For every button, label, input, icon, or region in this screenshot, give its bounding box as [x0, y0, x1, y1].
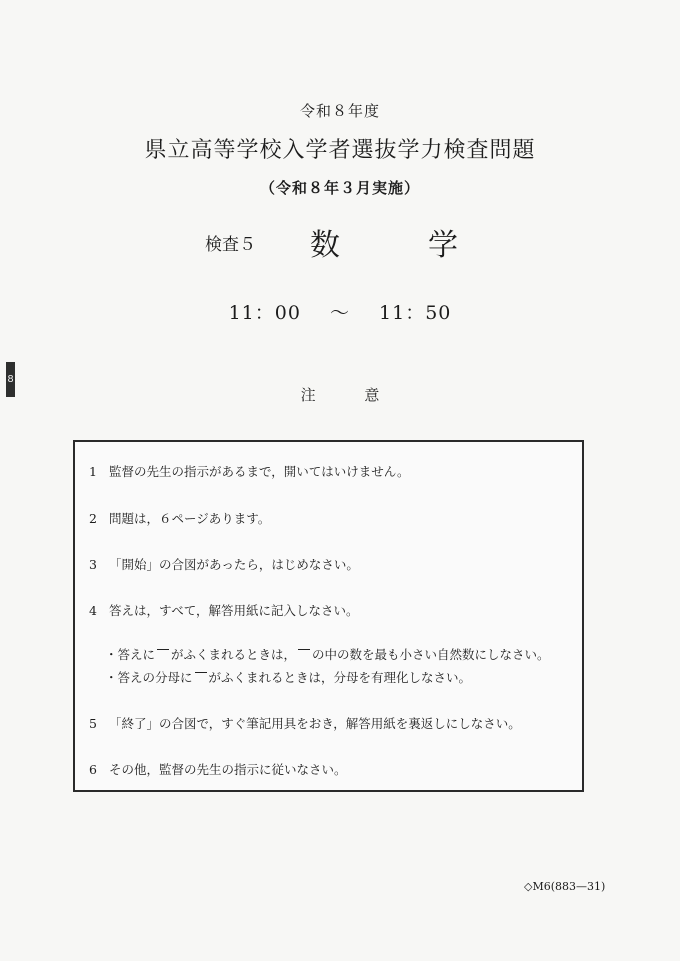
item-text: 答えは，すべて，解答用紙に記入しなさい。	[109, 603, 359, 618]
sqrt-icon	[157, 649, 169, 662]
notice-heading-char-1: 注	[301, 386, 316, 404]
notice-heading: 注 意	[0, 384, 680, 405]
document-code: ◇M6(883—31)	[524, 880, 605, 893]
sqrt-icon	[298, 649, 310, 662]
item-number: 5	[89, 716, 109, 731]
item-number: 3	[89, 557, 109, 572]
exam-date: （令和８年３月実施）	[0, 177, 680, 198]
page-title: 県立高等学校入学者選抜学力検査問題	[0, 133, 680, 164]
sub-text: の中の数を最も小さい自然数にしなさい。	[312, 647, 550, 662]
time-separator: ～	[330, 298, 350, 325]
notice-item: 3「開始」の合図があったら，はじめなさい。	[89, 555, 359, 573]
sub-text: ・答えに	[105, 647, 155, 662]
item-text: 「終了」の合図で，すぐ筆記用具をおき，解答用紙を裏返しにしなさい。	[109, 716, 521, 731]
item-number: 1	[89, 464, 109, 479]
item-text: その他，監督の先生の指示に従いなさい。	[109, 762, 347, 777]
item-number: 2	[89, 511, 109, 526]
notice-item: 6その他，監督の先生の指示に従いなさい。	[89, 760, 347, 778]
exam-year: 令和８年度	[0, 100, 680, 121]
sqrt-icon	[195, 672, 207, 685]
notice-sub-item: ・答えにがふくまれるときは，の中の数を最も小さい自然数にしなさい。	[105, 645, 550, 663]
item-text: 「開始」の合図があったら，はじめなさい。	[109, 557, 359, 572]
notice-item: 1監督の先生の指示があるまで，開いてはいけません。	[89, 462, 410, 480]
notice-sub-item: ・答えの分母にがふくまれるときは，分母を有理化しなさい。	[105, 668, 471, 686]
notice-heading-char-2: 意	[364, 386, 379, 404]
item-number: 4	[89, 603, 109, 618]
notice-item: 2問題は，６ページあります。	[89, 509, 270, 527]
exam-number-label: 検査５	[205, 230, 256, 255]
subject-char-2: 学	[428, 220, 458, 264]
item-number: 6	[89, 762, 109, 777]
subject-char-1: 数	[310, 220, 340, 264]
start-time: 11：00	[229, 298, 301, 325]
sub-text: ・答えの分母に	[105, 670, 193, 685]
notice-item: 4答えは，すべて，解答用紙に記入しなさい。	[89, 601, 359, 619]
item-text: 問題は，６ページあります。	[109, 511, 270, 526]
notice-item: 5「終了」の合図で，すぐ筆記用具をおき，解答用紙を裏返しにしなさい。	[89, 714, 521, 732]
end-time: 11：50	[379, 298, 451, 325]
item-text: 監督の先生の指示があるまで，開いてはいけません。	[109, 464, 410, 479]
sub-text: がふくまれるときは，分母を有理化しなさい。	[209, 670, 472, 685]
exam-time: 11：00 ～ 11：50	[0, 298, 680, 325]
sub-text: がふくまれるときは，	[171, 647, 296, 662]
notice-box: 1監督の先生の指示があるまで，開いてはいけません。 2問題は，６ページあります。…	[73, 440, 584, 792]
